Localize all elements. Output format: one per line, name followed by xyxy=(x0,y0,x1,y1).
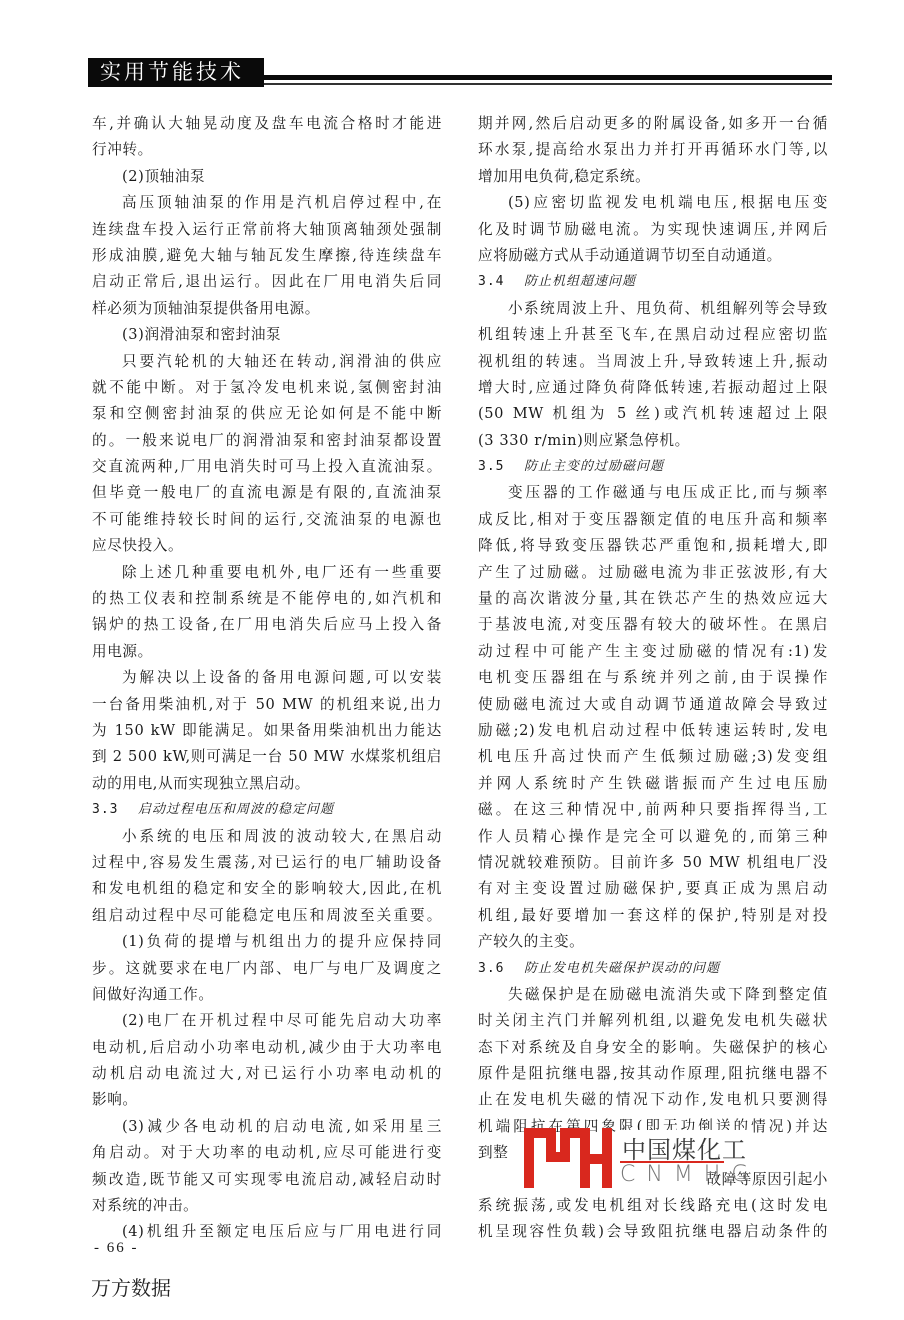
text-line: 变压器的工作磁通与电压成正比,而与频率 xyxy=(478,480,828,506)
left-column: 车,并确认大轴晃动度及盘车电流合格时才能进行冲转。(2)顶轴油泵高压顶轴油泵的作… xyxy=(92,111,442,1246)
text-line: 过程中,容易发生震荡,对已运行的电厂辅助设备 xyxy=(92,850,442,876)
text-line: 于基波电流,对变压器有较大的破坏性。在黑启 xyxy=(478,612,828,638)
text-line: 连续盘车投入运行正常前将大轴顶离轴颈处强制 xyxy=(92,217,442,243)
text-line: 应尽快投入。 xyxy=(92,533,442,559)
text-line: 泵和空侧密封油泵的供应无论如何是不能中断 xyxy=(92,401,442,427)
text-line: 步。这就要求在电厂内部、电厂与电厂及调度之 xyxy=(92,956,442,982)
text-line: 只要汽轮机的大轴还在转动,润滑油的供应 xyxy=(92,349,442,375)
text-line: 励磁;2)发电机启动过程中低转速运转时,发电 xyxy=(478,718,828,744)
text-line: 使励磁电流过大或自动调节通道故障会导致过 xyxy=(478,692,828,718)
text-line: 产较久的主变。 xyxy=(478,929,828,955)
text-line: (50 MW 机组为 5 丝)或汽机转速超过上限 xyxy=(478,401,828,427)
text-line: 机组转速上升甚至飞车,在黑启动过程应密切监 xyxy=(478,322,828,348)
text-line: 用电源。 xyxy=(92,639,442,665)
text-line: 增大时,应通过降负荷降低转速,若振动超过上限 xyxy=(478,375,828,401)
section-number: 3.5 xyxy=(478,454,524,480)
section-title: 启动过程电压和周波的稳定问题 xyxy=(138,802,334,817)
text-line: (5)应密切监视发电机端电压,根据电压变 xyxy=(478,190,828,216)
text-line: 不可能维持较长时间的运行,交流油泵的电源也 xyxy=(92,507,442,533)
text-line: 形成油膜,避免大轴与轴瓦发生摩擦,待连续盘车 xyxy=(92,243,442,269)
text-line: 失磁保护是在励磁电流消失或下降到整定值 xyxy=(478,982,828,1008)
text-line: 降低,将导致变压器铁芯严重饱和,损耗增大,即 xyxy=(478,533,828,559)
text-line: 视机组的转速。当周波上升,导致转速上升,振动 xyxy=(478,349,828,375)
text-line: 时关闭主汽门并解列机组,以避免发电机失磁状 xyxy=(478,1008,828,1034)
text-line: 态下对系统及自身安全的影响。失磁保护的核心 xyxy=(478,1035,828,1061)
text-line: 但毕竟一般电厂的直流电源是有限的,直流油泵 xyxy=(92,480,442,506)
text-line: 小系统周波上升、甩负荷、机组解列等会导致 xyxy=(478,296,828,322)
text-line: 组启动过程中尽可能稳定电压和周波至关重要。 xyxy=(92,903,442,929)
text-line: 机组,最好要增加一套这样的保护,特别是对投 xyxy=(478,903,828,929)
text-line: 应将励磁方式从手动通道调节切至自动通道。 xyxy=(478,243,828,269)
text-line: 磁。在这三种情况中,前两种只要指挥得当,工 xyxy=(478,797,828,823)
section-heading: 3.3启动过程电压和周波的稳定问题 xyxy=(92,797,442,823)
text-line: 有对主变设置过励磁保护,要真正成为黑启动 xyxy=(478,876,828,902)
header-rule-thin xyxy=(264,83,832,85)
text-line: 影响。 xyxy=(92,1087,442,1113)
text-line: 动机启动电流过大,对已运行小功率电动机的 xyxy=(92,1061,442,1087)
section-title: 防止主变的过励磁问题 xyxy=(524,459,664,474)
text-line: 的热工仪表和控制系统是不能停电的,如汽机和 xyxy=(92,586,442,612)
text-line: 间做好沟通工作。 xyxy=(92,982,442,1008)
text-line: 的。一般来说电厂的润滑油泵和密封油泵都设置 xyxy=(92,428,442,454)
text-line: 成反比,相对于变压器额定值的电压升高和频率 xyxy=(478,507,828,533)
text-line: 原件是阻抗继电器,按其动作原理,阻抗继电器不 xyxy=(478,1061,828,1087)
section-heading: 3.6防止发电机失磁保护误动的问题 xyxy=(478,956,828,982)
text-line: 动的用电,从而实现独立黑启动。 xyxy=(92,771,442,797)
section-title: 防止机组超速问题 xyxy=(524,274,636,289)
section-number: 3.6 xyxy=(478,956,524,982)
text-line: 动过程中可能产生主变过励磁的情况有:1)发 xyxy=(478,639,828,665)
section-label: 实用节能技术 xyxy=(88,58,264,87)
section-title: 防止发电机失磁保护误动的问题 xyxy=(524,961,720,976)
text-line: 环水泵,提高给水泵出力并打开再循环水门等,以 xyxy=(478,137,828,163)
text-line: 系统振荡,或发电机组对长线路充电(这时发电 xyxy=(478,1193,828,1219)
section-number: 3.3 xyxy=(92,797,138,823)
text-line: 到 2 500 kW,则可满足一台 50 MW 水煤浆机组启 xyxy=(92,744,442,770)
text-line: 电动机,后启动小功率电动机,减少由于大功率电 xyxy=(92,1035,442,1061)
text-line: 高压顶轴油泵的作用是汽机启停过程中,在 xyxy=(92,190,442,216)
section-header: 实用节能技术 xyxy=(88,58,832,88)
section-heading: 3.4防止机组超速问题 xyxy=(478,269,828,295)
text-line: 启动正常后,退出运行。因此在厂用电消失后同 xyxy=(92,269,442,295)
watermark-cn-name: 中国煤化工 xyxy=(620,1130,749,1165)
text-line: 增加用电负荷,稳定系统。 xyxy=(478,164,828,190)
text-line: 行冲转。 xyxy=(92,137,442,163)
section-number: 3.4 xyxy=(478,269,524,295)
watermark-logo: 中国煤化工 CNMHG xyxy=(524,1128,772,1192)
text-line: 止在发电机失磁的情况下动作,发电机只要测得 xyxy=(478,1087,828,1113)
text-line: 情况就较难预防。目前许多 50 MW 机组电厂没 xyxy=(478,850,828,876)
text-line: 为 150 kW 即能满足。如果备用柴油机出力能达 xyxy=(92,718,442,744)
watermark-en-name: CNMHG xyxy=(620,1162,759,1187)
footer-source: 万方数据 xyxy=(91,1272,171,1301)
text-line: (3)润滑油泵和密封油泵 xyxy=(92,322,442,348)
text-line: 并网人系统时产生铁磁谐振而产生过电压励 xyxy=(478,771,828,797)
text-line: 角启动。对于大功率的电动机,应尽可能进行变 xyxy=(92,1140,442,1166)
text-line: 为解决以上设备的备用电源问题,可以安装 xyxy=(92,665,442,691)
text-line: 机呈现容性负载)会导致阻抗继电器启动条件的 xyxy=(478,1219,828,1245)
header-rule xyxy=(264,75,832,80)
text-line: 频改造,既节能又可实现零电流启动,减轻启动时 xyxy=(92,1167,442,1193)
text-line: 期并网,然后启动更多的附属设备,如多开一台循 xyxy=(478,111,828,137)
text-line: 就不能中断。对于氢冷发电机来说,氢侧密封油 xyxy=(92,375,442,401)
text-line: 一台备用柴油机,对于 50 MW 的机组来说,出力 xyxy=(92,692,442,718)
text-line: 除上述几种重要电机外,电厂还有一些重要 xyxy=(92,560,442,586)
text-line: (3)减少各电动机的启动电流,如采用星三 xyxy=(92,1114,442,1140)
text-line: 和发电机组的稳定和安全的影响较大,因此,在机 xyxy=(92,876,442,902)
text-line: 量的高次谐波分量,其在铁芯产生的热效应远大 xyxy=(478,586,828,612)
text-line: 样必须为顶轴油泵提供备用电源。 xyxy=(92,296,442,322)
text-line: 小系统的电压和周波的波动较大,在黑启动 xyxy=(92,824,442,850)
text-line: 锅炉的热工设备,在厂用电消失后应马上投入备 xyxy=(92,612,442,638)
text-line: (3 330 r/min)则应紧急停机。 xyxy=(478,428,828,454)
page-number: - 66 - xyxy=(94,1240,139,1257)
section-heading: 3.5防止主变的过励磁问题 xyxy=(478,454,828,480)
text-line: (2)电厂在开机过程中尽可能先启动大功率 xyxy=(92,1008,442,1034)
text-line: (4)机组升至额定电压后应与厂用电进行同 xyxy=(92,1219,442,1245)
cnmhg-logo-icon xyxy=(524,1128,612,1188)
text-line: 机电压升高过快而产生低频过励磁;3)发变组 xyxy=(478,744,828,770)
text-line: (2)顶轴油泵 xyxy=(92,164,442,190)
text-line: 化及时调节励磁电流。为实现快速调压,并网后 xyxy=(478,217,828,243)
text-line: 作人员精心操作是完全可以避免的,而第三种 xyxy=(478,824,828,850)
text-line: (1)负荷的提增与机组出力的提升应保持同 xyxy=(92,929,442,955)
text-line: 交直流两种,厂用电消失时可马上投入直流油泵。 xyxy=(92,454,442,480)
text-line: 车,并确认大轴晃动度及盘车电流合格时才能进 xyxy=(92,111,442,137)
right-column: 期并网,然后启动更多的附属设备,如多开一台循环水泵,提高给水泵出力并打开再循环水… xyxy=(478,111,828,1246)
text-line: 对系统的冲击。 xyxy=(92,1193,442,1219)
text-line: 产生了过励磁。过励磁电流为非正弦波形,有大 xyxy=(478,560,828,586)
text-line: 电机变压器组在与系统并列之前,由于误操作 xyxy=(478,665,828,691)
